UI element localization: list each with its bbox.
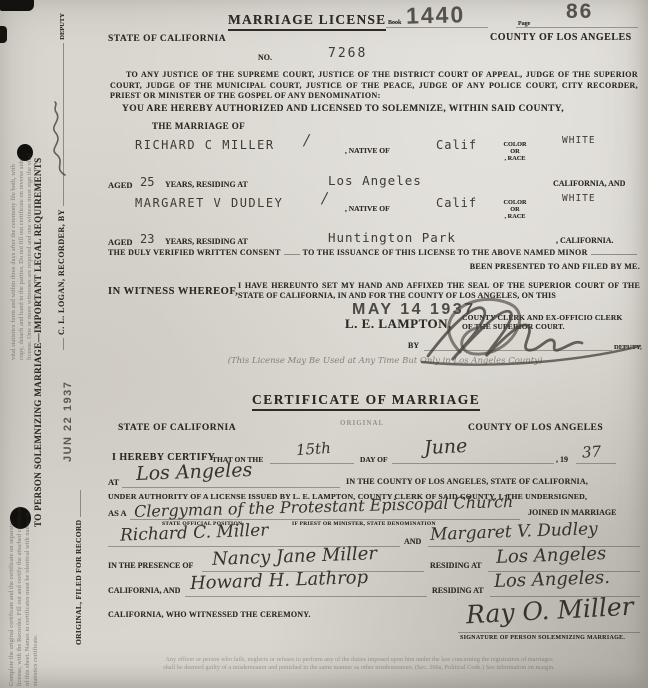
day-of-label: DAY OF <box>360 455 388 464</box>
witness-whereof-label: IN WITNESS WHEREOF, <box>108 286 238 297</box>
place-value: Los Angeles <box>136 459 253 485</box>
groom-color-label: COLOR OR , RACE <box>498 141 532 162</box>
day-line <box>270 462 354 464</box>
witness1-name: Nancy Jane Miller <box>212 543 378 570</box>
year-value: 37 <box>581 442 601 461</box>
groom-race: WHITE <box>562 135 596 146</box>
groom-residence: Los Angeles <box>328 173 422 188</box>
groom-native-of-label: , NATIVE OF <box>345 146 390 155</box>
margin-instructions-top: vital statistics form and within three d… <box>10 60 34 360</box>
page-number: 86 <box>566 0 593 24</box>
marriage-of-label: THE MARRIAGE OF <box>152 121 245 131</box>
ceremony-line-text: CALIFORNIA, WHO WITNESSED THE CEREMONY. <box>108 610 311 619</box>
at-label: AT <box>108 477 119 487</box>
consent-line: THE DULY VERIFIED WRITTEN CONSENT TO THE… <box>108 248 640 257</box>
witness1-residence: Los Angeles <box>496 543 607 568</box>
month-value: June <box>423 435 467 459</box>
bride-aged-label: AGED <box>108 237 133 247</box>
in-county-text: IN THE COUNTY OF LOS ANGELES, STATE OF C… <box>346 477 588 486</box>
witness2-residence: Los Angeles. <box>494 567 611 592</box>
license-no-label: NO. <box>258 53 272 62</box>
as-a-label: AS A <box>108 508 127 518</box>
consent-filed-text: BEEN PRESENTED TO AND FILED BY ME. <box>400 262 640 271</box>
license-state: STATE OF CALIFORNIA <box>108 34 226 44</box>
month-line <box>392 462 554 464</box>
year-prefix-label: , 19 <box>556 455 568 464</box>
groom-residing-label: YEARS, RESIDING AT <box>165 180 248 189</box>
witness2-line <box>185 595 427 597</box>
license-usage-note: (This License May Be Used at Any Time Bu… <box>175 356 595 366</box>
california-and-label: CALIFORNIA, AND <box>108 586 180 595</box>
bride-race: WHITE <box>562 193 596 204</box>
residing-at-label-1: RESIDING AT <box>430 561 482 570</box>
book-line <box>386 26 488 28</box>
groom-checkmark: ∕ <box>304 131 309 149</box>
bride-checkmark: ∕ <box>322 189 327 207</box>
bride-native-of: Calif <box>436 196 477 210</box>
denomination-caption: IF PRIEST OR MINISTER, STATE DENOMINATIO… <box>292 521 436 527</box>
recorder-label: C. L. LOGAN, RECORDER, BY <box>57 209 66 335</box>
certificate-title: CERTIFICATE OF MARRIAGE <box>252 392 480 411</box>
groom-native-of: Calif <box>436 138 477 152</box>
groom-age: 25 <box>140 175 154 189</box>
officiant-signature: Ray O. Miller <box>465 592 634 630</box>
scan-corner-mark <box>0 0 34 11</box>
license-county: COUNTY OF LOS ANGELES <box>490 32 632 43</box>
license-no-value: 7268 <box>328 46 367 61</box>
page-line <box>516 26 638 28</box>
bride-color-label: COLOR OR , RACE <box>498 199 532 220</box>
marriage-license-scan: vital statistics form and within three d… <box>0 0 648 688</box>
penalty-fine-print: Any officer or person who fails, neglect… <box>85 656 633 672</box>
recorder-deputy-label: DEPUTY <box>59 13 66 40</box>
year-line <box>576 462 616 464</box>
scan-edge-mark <box>0 26 7 43</box>
bride-state-suffix: , CALIFORNIA. <box>556 236 614 245</box>
joined-label: JOINED IN MARRIAGE <box>528 508 616 517</box>
margin-instructions-bottom: Complete the original certificate and th… <box>8 451 40 686</box>
residing-at-label-2: RESIDING AT <box>432 586 484 595</box>
consent-text-2: TO THE ISSUANCE OF THIS LICENSE TO THE A… <box>303 248 588 257</box>
authorization-line: YOU ARE HEREBY AUTHORIZED AND LICENSED T… <box>122 104 564 114</box>
original-watermark: ORIGINAL <box>340 419 384 427</box>
place-line <box>122 486 340 488</box>
bride-name: MARGARET V DUDLEY <box>135 196 283 210</box>
recorder-deputy-signature <box>50 100 75 178</box>
license-address: TO ANY JUSTICE OF THE SUPREME COURT, JUS… <box>110 70 638 102</box>
certificate-state: STATE OF CALIFORNIA <box>118 423 236 433</box>
day-value: 15th <box>295 439 331 459</box>
bride-age: 23 <box>140 232 154 246</box>
certificate-county: COUNTY OF LOS ANGELES <box>468 423 603 433</box>
groom-name: RICHARD C MILLER <box>135 138 275 152</box>
consent-text-1: THE DULY VERIFIED WRITTEN CONSENT <box>108 248 281 257</box>
filed-date-stamp: JUN 22 1937 <box>62 372 74 462</box>
signature-scrawl-icon <box>50 100 70 178</box>
bride-residence: Huntington Park <box>328 230 456 245</box>
license-title: MARRIAGE LICENSE <box>228 12 386 31</box>
officiant-signature-caption: SIGNATURE OF PERSON SOLEMNIZING MARRIAGE… <box>460 635 625 641</box>
recorder-signature-line: C. L. LOGAN, RECORDER, BY DEPUTY <box>57 13 66 353</box>
and-label: AND <box>404 537 421 546</box>
bride-native-of-label: , NATIVE OF <box>345 204 390 213</box>
filed-for-record-line: ORIGINAL, FILED FOR RECORD <box>74 487 83 645</box>
presence-label: IN THE PRESENCE OF <box>108 561 193 570</box>
officiant-signature-line <box>458 631 640 633</box>
certificate-bride-name: Margaret V. Dudley <box>430 519 598 545</box>
groom-aged-label: AGED <box>108 180 133 190</box>
bride-residing-label: YEARS, RESIDING AT <box>165 237 248 246</box>
filed-label: ORIGINAL, FILED FOR RECORD <box>74 520 83 645</box>
certificate-groom-name: Richard C. Miller <box>120 520 269 545</box>
groom-state-suffix: CALIFORNIA, AND <box>553 179 625 188</box>
